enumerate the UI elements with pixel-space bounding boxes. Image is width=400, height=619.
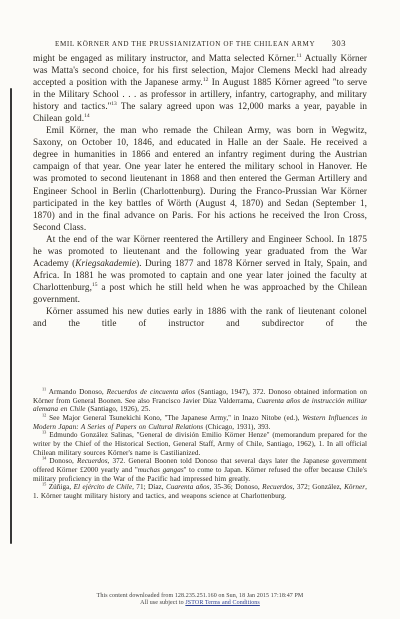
running-title: EMIL KÖRNER AND THE PRUSSIANIZATION OF T… [33, 40, 315, 48]
download-notice-line1: This content downloaded from 128.235.251… [0, 593, 400, 600]
jstor-download-notice: This content downloaded from 128.235.251… [0, 593, 400, 608]
page-number: 303 [332, 38, 346, 48]
body-paragraph-1: might be engaged as military instructor,… [33, 52, 367, 124]
download-notice-line2: All use subject to JSTOR Terms and Condi… [0, 600, 400, 607]
body-paragraph-3: At the end of the war Körner reentered t… [33, 233, 367, 305]
body-paragraph-4: Körner assumed his new duties early in 1… [33, 305, 367, 329]
footnotes-section: 11 Armando Donoso, Recuerdos de cincuent… [33, 388, 367, 501]
scan-gutter-line [10, 88, 12, 544]
footnote-15: 15 Zúñiga, El ejército de Chile, 71; Día… [33, 483, 367, 500]
footnote-14: 14 Donoso, Recuerdos, 372. General Boone… [33, 457, 367, 483]
jstor-terms-link[interactable]: JSTOR Terms and Conditions [185, 600, 259, 606]
footnote-13: 13 Edmundo González Salinas, ''General d… [33, 431, 367, 457]
download-notice-prefix: All use subject to [140, 600, 185, 606]
footnote-11: 11 Armando Donoso, Recuerdos de cincuent… [33, 388, 367, 414]
scanned-page: EMIL KÖRNER AND THE PRUSSIANIZATION OF T… [0, 0, 400, 619]
body-text: might be engaged as military instructor,… [33, 52, 367, 329]
running-head: EMIL KÖRNER AND THE PRUSSIANIZATION OF T… [33, 38, 368, 48]
body-paragraph-2: Emil Körner, the man who remade the Chil… [33, 124, 367, 232]
footnote-12: 12 See Major General Tsunekichi Kono, ''… [33, 414, 367, 431]
